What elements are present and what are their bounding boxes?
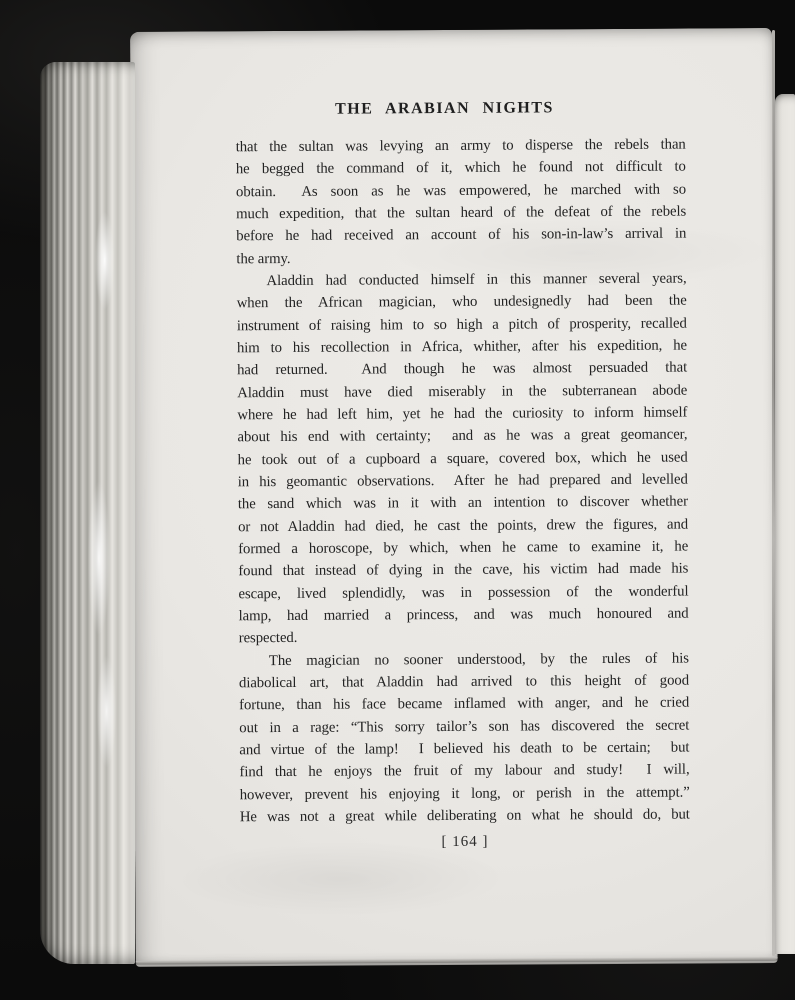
running-head: THE ARABIAN NIGHTS: [235, 99, 653, 120]
text-line: where he had left him, yet he had the cu…: [237, 401, 687, 426]
text-line: diabolical art, that Aladdin had arrived…: [239, 669, 689, 694]
text-line: in his geomantic observations. After he …: [238, 468, 688, 493]
text-line: out in a rage: “This sorry tailor’s son …: [239, 714, 689, 739]
text-line: found that instead of dying in the cave,…: [238, 558, 688, 583]
text-line: Aladdin had conducted himself in this ma…: [236, 267, 686, 292]
text-line: him to his recollection in Africa, whith…: [237, 334, 687, 359]
text-line: lamp, had married a princess, and was mu…: [239, 602, 689, 627]
text-line: before he had received an account of his…: [236, 223, 686, 248]
text-line: much expedition, that the sultan heard o…: [236, 201, 686, 226]
text-line: about his end with certainty; and as he …: [237, 424, 687, 449]
text-line: he took out of a cupboard a square, cove…: [238, 446, 688, 471]
text-line: He was not a great while deliberating on…: [240, 803, 690, 828]
page-stack-fore-edge: [40, 62, 135, 964]
text-line: and virtue of the lamp! I believed his d…: [239, 736, 689, 761]
text-line: obtain. As soon as he was empowered, he …: [236, 178, 686, 203]
text-line: the sand which was in it with an intenti…: [238, 491, 688, 516]
text-line: however, prevent his enjoying it long, o…: [240, 781, 690, 806]
text-line: respected.: [239, 625, 689, 650]
text-line: when the African magician, who undesigne…: [237, 290, 687, 315]
text-line: formed a horoscope, by which, when he ca…: [238, 535, 688, 560]
text-line: escape, lived splendidly, was in possess…: [238, 580, 688, 605]
text-line: had returned. And though he was almost p…: [237, 357, 687, 382]
text-line: that the sultan was levying an army to d…: [236, 134, 686, 159]
body-text: that the sultan was levying an army to d…: [236, 134, 690, 829]
facing-page-edge: [775, 94, 795, 954]
page-content: THE ARABIAN NIGHTS that the sultan was l…: [130, 28, 778, 964]
book-photo: THE ARABIAN NIGHTS that the sultan was l…: [40, 28, 795, 964]
text-line: Aladdin must have died miserably in the …: [237, 379, 687, 404]
text-line: instrument of raising him to so high a p…: [237, 312, 687, 337]
text-line: or not Aladdin had died, he cast the poi…: [238, 513, 688, 538]
book-page: THE ARABIAN NIGHTS that the sultan was l…: [130, 28, 778, 964]
text-line: fortune, than his face became inflamed w…: [239, 692, 689, 717]
page-number: [ 164 ]: [240, 833, 690, 853]
text-line: he begged the command of it, which he fo…: [236, 156, 686, 181]
text-line: The magician no sooner understood, by th…: [239, 647, 689, 672]
text-line: find that he enjoys the fruit of my labo…: [239, 759, 689, 784]
text-line: the army.: [236, 245, 686, 270]
